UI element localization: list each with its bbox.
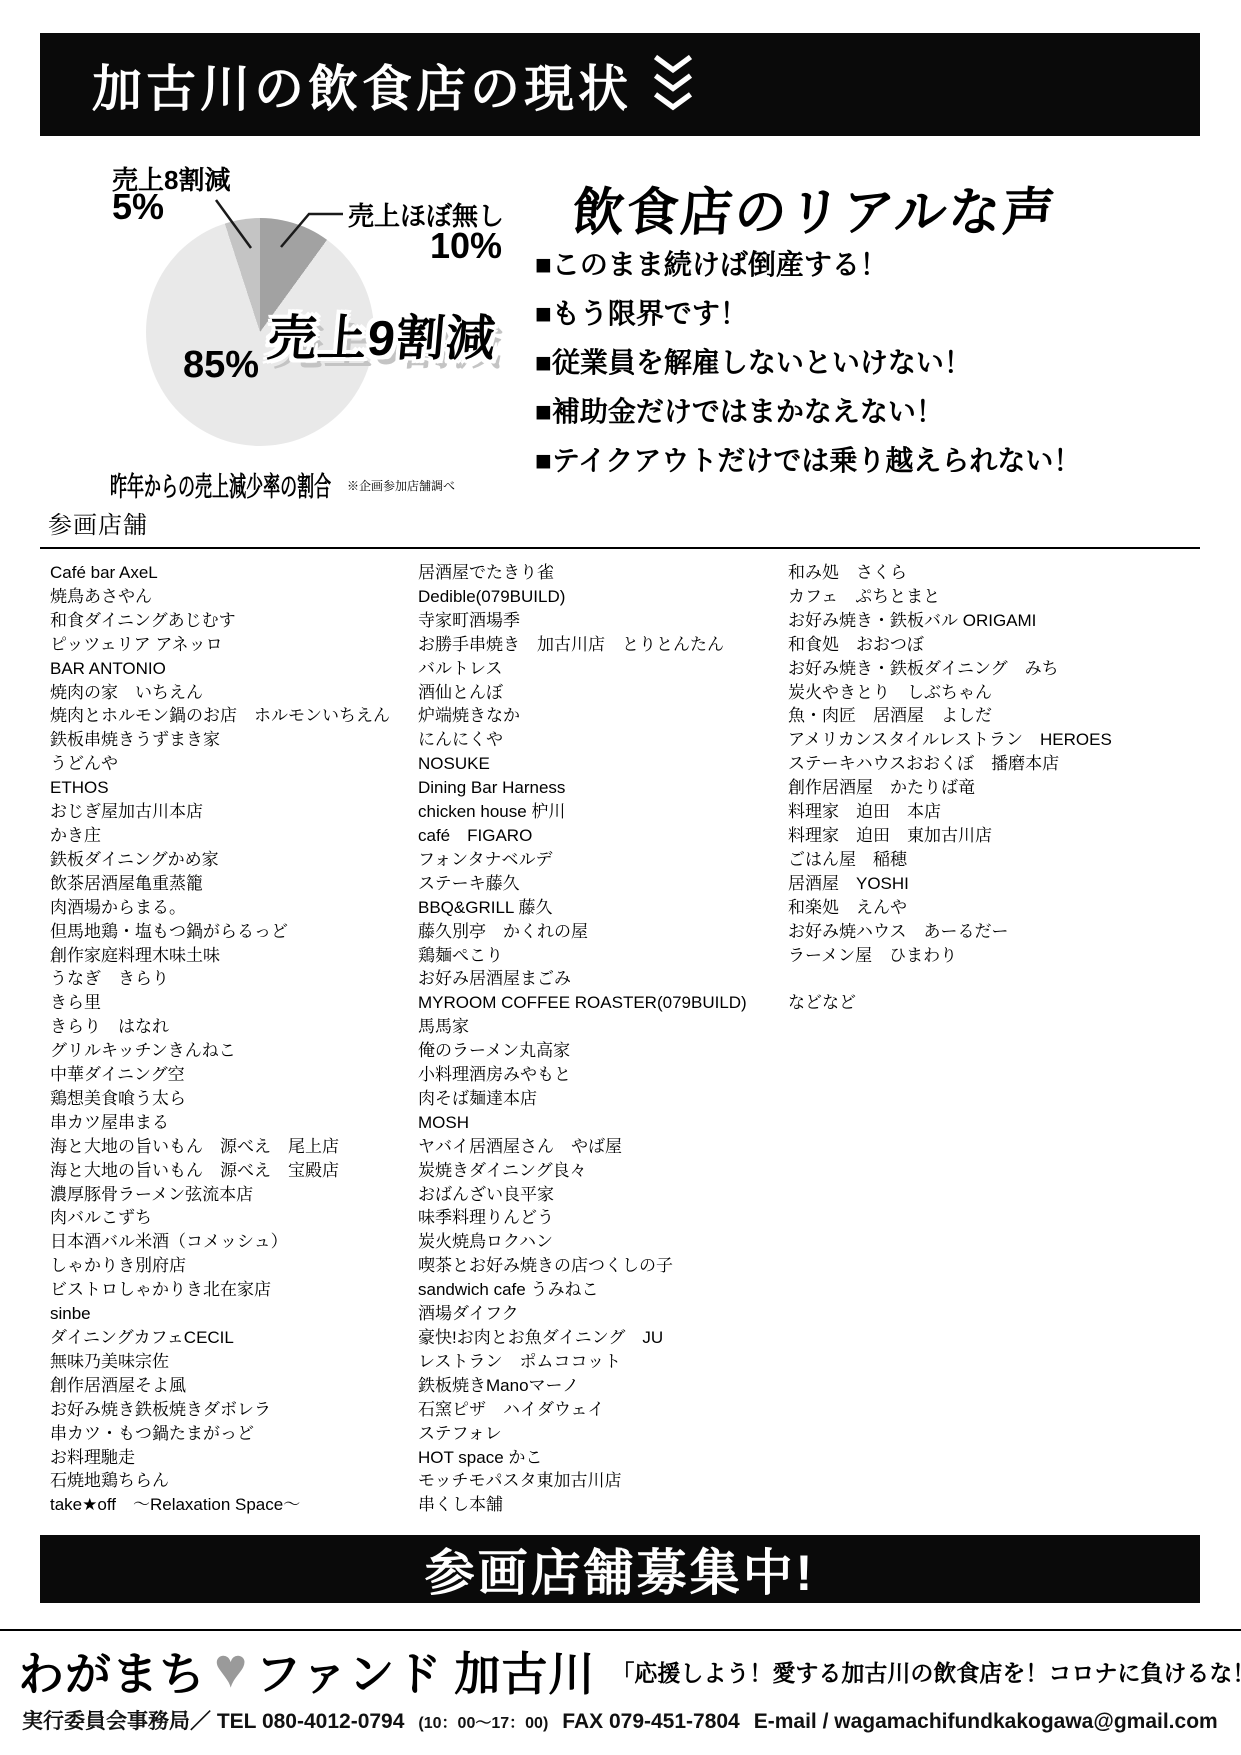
store-column-1: Café bar AxeL焼鳥あさやん和食ダイニングあじむすピッツェリア アネッ…: [50, 561, 390, 1517]
store-name: 鶏想美食喰う太ら: [50, 1087, 390, 1111]
store-name: カフェ ぷちとまと: [788, 585, 1112, 609]
store-name: 創作居酒屋そよ風: [50, 1374, 390, 1398]
store-name: [788, 967, 1112, 991]
store-name: 料理家 迫田 本店: [788, 800, 1112, 824]
store-name: などなど: [788, 991, 1112, 1015]
store-name: しゃかりき別府店: [50, 1254, 390, 1278]
recruit-banner: 参画店舗募集中!: [40, 1535, 1200, 1603]
store-name: グリルキッチンきんねこ: [50, 1039, 390, 1063]
store-name: sandwich cafe うみねこ: [418, 1278, 747, 1302]
store-name: 和食ダイニングあじむす: [50, 609, 390, 633]
voices-heading: 飲食店のリアルな声: [570, 170, 1059, 245]
flyer-page: 加古川の飲食店の現状 売上8割減 5% 売上ほぼ無し 10% 85% 売上9割減…: [0, 0, 1241, 1755]
store-name: 鶏麺ぺこり: [418, 944, 747, 968]
store-name: ETHOS: [50, 776, 390, 800]
voice-item: ■従業員を解雇しないといけない！: [535, 338, 1081, 387]
store-name: 鉄板串焼きうずまき家: [50, 728, 390, 752]
contact-hours: (10：00～17：00): [418, 1710, 548, 1733]
store-name: 無味乃美味宗佐: [50, 1350, 390, 1374]
store-name: 焼肉の家 いちえん: [50, 681, 390, 705]
store-name: ステーキ藤久: [418, 872, 747, 896]
brand-wagamachi: わがまち: [18, 1638, 206, 1704]
brand-fund: ファンド: [255, 1638, 442, 1704]
voice-item: ■テイクアウトだけでは乗り越えられない！: [535, 436, 1081, 485]
contact-fax: FAX 079-451-7804: [562, 1710, 739, 1734]
chart-note: ※企画参加店舗調べ: [347, 477, 455, 494]
store-name: 飲茶居酒屋亀重蒸籠: [50, 872, 390, 896]
store-name: ヤバイ居酒屋さん やば屋: [418, 1135, 747, 1159]
store-name: 藤久別亭 かくれの屋: [418, 920, 747, 944]
store-name: うなぎ きらり: [50, 967, 390, 991]
chevron-down-icon: [652, 53, 694, 117]
store-name: きら里: [50, 991, 390, 1015]
store-name: ビストロしゃかりき北在家店: [50, 1278, 390, 1302]
store-name: お好み焼ハウス あーるだー: [788, 920, 1112, 944]
contact-email: E-mail / wagamachifundkakogawa@gmail.com: [754, 1710, 1218, 1734]
store-name: 串カツ・もつ鍋たまがっど: [50, 1422, 390, 1446]
store-name: BAR ANTONIO: [50, 657, 390, 681]
store-name: バルトレス: [418, 657, 747, 681]
store-name: ピッツェリア アネッロ: [50, 633, 390, 657]
store-name: モッチモパスタ東加古川店: [418, 1469, 747, 1493]
store-name: 串くし本舗: [418, 1493, 747, 1517]
store-name: 炭焼きダイニング良々: [418, 1159, 747, 1183]
chevron-stroke: [656, 57, 691, 70]
store-column-3: 和み処 さくらカフェ ぷちとまとお好み焼き・鉄板バル ORIGAMI和食処 おお…: [788, 561, 1112, 1015]
store-name: ごはん屋 稲穂: [788, 848, 1112, 872]
recruit-banner-label: 参画店舗募集中!: [425, 1533, 816, 1605]
store-name: 創作家庭料理木味土味: [50, 944, 390, 968]
store-name: 中華ダイニング空: [50, 1063, 390, 1087]
store-column-2: 居酒屋でたきり雀Dedible(079BUILD)寺家町酒場季お勝手串焼き 加古…: [418, 561, 747, 1517]
pie-label-down80-pct: 5%: [112, 186, 164, 228]
store-name: café FIGARO: [418, 824, 747, 848]
store-name: お好み居酒屋まごみ: [418, 967, 747, 991]
store-name: 酒仙とんぼ: [418, 681, 747, 705]
store-name: Dedible(079BUILD): [418, 585, 747, 609]
brand-row: わがまち ♥ ファンド 加古川 「応援しよう！愛する加古川の飲食店を！コロナに負…: [18, 1643, 1241, 1699]
store-name: お好み焼き・鉄板ダイニング みち: [788, 657, 1112, 681]
store-name: おじぎ屋加古川本店: [50, 800, 390, 824]
store-name: 居酒屋でたきり雀: [418, 561, 747, 585]
store-name: MYROOM COFFEE ROASTER(079BUILD): [418, 991, 747, 1015]
store-name: ステーキハウスおおくぼ 播磨本店: [788, 752, 1112, 776]
store-name: 居酒屋 YOSHI: [788, 872, 1112, 896]
contact-row: 実行委員会事務局／ TEL 080-4012-0794 (10：00～17：00…: [22, 1705, 1218, 1735]
store-name: BBQ&GRILL 藤久: [418, 896, 747, 920]
store-name: 味季料理りんどう: [418, 1206, 747, 1230]
store-name: お勝手串焼き 加古川店 とりとんたん: [418, 633, 747, 657]
store-name: 和食処 おおつぼ: [788, 633, 1112, 657]
contact-office-tel: 実行委員会事務局／ TEL 080-4012-0794: [22, 1705, 404, 1735]
store-name: かき庄: [50, 824, 390, 848]
header-banner: 加古川の飲食店の現状: [40, 33, 1200, 136]
store-name: きらり はなれ: [50, 1015, 390, 1039]
store-name: 炉端焼きなか: [418, 704, 747, 728]
store-name: 鉄板ダイニングかめ家: [50, 848, 390, 872]
store-name: 海と大地の旨いもん 源べえ 尾上店: [50, 1135, 390, 1159]
store-name: 肉そば麺達本店: [418, 1087, 747, 1111]
store-name: 俺のラーメン丸高家: [418, 1039, 747, 1063]
store-name: 炭火焼鳥ロクハン: [418, 1230, 747, 1254]
store-name: 喫茶とお好み焼きの店つくしの子: [418, 1254, 747, 1278]
store-name: 肉酒場からまる。: [50, 896, 390, 920]
store-name: 和楽処 えんや: [788, 896, 1112, 920]
store-name: 濃厚豚骨ラーメン弦流本店: [50, 1183, 390, 1207]
store-name: ラーメン屋 ひまわり: [788, 944, 1112, 968]
store-name: 焼鳥あさやん: [50, 585, 390, 609]
store-name: お料理馳走: [50, 1446, 390, 1470]
store-name: 鉄板焼きManoマーノ: [418, 1374, 747, 1398]
down90-callout: 売上9割減: [265, 300, 499, 370]
voice-item: ■このまま続けば倒産する！: [535, 240, 1081, 289]
voice-item: ■もう限界です！: [535, 289, 1081, 338]
store-name: ダイニングカフェCECIL: [50, 1326, 390, 1350]
section-divider: [40, 547, 1200, 549]
store-name: chicken house 枦川: [418, 800, 747, 824]
store-name: take★off ～Relaxation Space～: [50, 1493, 390, 1517]
store-name: 海と大地の旨いもん 源べえ 宝殿店: [50, 1159, 390, 1183]
store-name: 魚・肉匠 居酒屋 よしだ: [788, 704, 1112, 728]
store-name: おばんざい良平家: [418, 1183, 747, 1207]
store-name: アメリカンスタイルレストラン HEROES: [788, 728, 1112, 752]
store-name: Café bar AxeL: [50, 561, 390, 585]
store-name: 和み処 さくら: [788, 561, 1112, 585]
store-name: 焼肉とホルモン鍋のお店 ホルモンいちえん: [50, 704, 390, 728]
store-name: NOSUKE: [418, 752, 747, 776]
store-name: 但馬地鶏・塩もつ鍋がらるっど: [50, 920, 390, 944]
store-name: 日本酒バル米酒（コメッシュ）: [50, 1230, 390, 1254]
chevron-stroke: [656, 75, 691, 88]
store-name: 料理家 迫田 東加古川店: [788, 824, 1112, 848]
store-name: ステフォレ: [418, 1422, 747, 1446]
footer-slogan: 「応援しよう！愛する加古川の飲食店を！コロナに負けるな！」: [611, 1655, 1241, 1688]
store-name: 創作居酒屋 かたりば竜: [788, 776, 1112, 800]
chevron-stroke: [656, 94, 691, 107]
store-name: 石窯ピザ ハイダウェイ: [418, 1398, 747, 1422]
store-name: 串カツ屋串まる: [50, 1111, 390, 1135]
store-name: HOT space かこ: [418, 1446, 747, 1470]
store-name: レストラン ポムココット: [418, 1350, 747, 1374]
store-name: 小料理酒房みやもと: [418, 1063, 747, 1087]
store-name: 豪快!お肉とお魚ダイニング JU: [418, 1326, 747, 1350]
store-name: Dining Bar Harness: [418, 776, 747, 800]
brand-kakogawa: 加古川: [454, 1638, 595, 1704]
store-name: 炭火やきとり しぶちゃん: [788, 681, 1112, 705]
store-name: 寺家町酒場季: [418, 609, 747, 633]
voices-list: ■このまま続けば倒産する！■もう限界です！■従業員を解雇しないといけない！■補助…: [535, 240, 1081, 485]
store-name: お好み焼き鉄板焼きダボレラ: [50, 1398, 390, 1422]
store-name: うどんや: [50, 752, 390, 776]
store-name: 酒場ダイフク: [418, 1302, 747, 1326]
chart-caption: 昨年からの売上減少率の割合: [110, 465, 331, 504]
heart-icon: ♥: [214, 1640, 247, 1696]
store-name: お好み焼き・鉄板バル ORIGAMI: [788, 609, 1112, 633]
store-name: 肉バルこずち: [50, 1206, 390, 1230]
store-name: sinbe: [50, 1302, 390, 1326]
store-name: MOSH: [418, 1111, 747, 1135]
store-name: 馬馬家: [418, 1015, 747, 1039]
page-title: 加古川の飲食店の現状: [92, 49, 632, 121]
store-name: 石焼地鶏ちらん: [50, 1469, 390, 1493]
stores-heading: 参画店舗: [48, 505, 148, 540]
voice-item: ■補助金だけではまかなえない！: [535, 387, 1081, 436]
store-name: にんにくや: [418, 728, 747, 752]
pie-label-down90-pct: 85%: [183, 344, 259, 387]
footer-divider: [0, 1629, 1241, 1631]
pie-label-nosales-pct: 10%: [430, 225, 502, 267]
store-name: フォンタナベルデ: [418, 848, 747, 872]
